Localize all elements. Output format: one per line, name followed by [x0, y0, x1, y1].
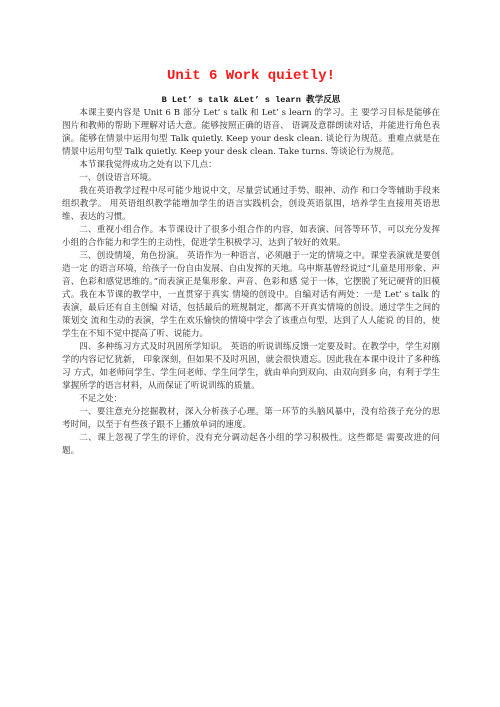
paragraph-point-2: 二、重视小组合作。本节课设计了很多小组合作的内容，如表演、问答等环节，可以充分发… — [62, 224, 440, 250]
paragraph-successes-heading: 本节课我觉得成功之处有以下几点： — [62, 159, 440, 172]
document-title: Unit 6 Work quietly! — [62, 66, 440, 86]
paragraph-shortcomings-heading: 不足之处： — [62, 393, 440, 406]
paragraph-point-1-body: 我在英语教学过程中尽可能少地说中文，尽量尝试通过手势、眼神、动作 和口令等辅助手… — [62, 185, 440, 224]
paragraph-point-3: 三、创设情境，角色扮演。 英语作为一种语言，必须融于一定的情境之中。课堂表演就是… — [62, 250, 440, 341]
paragraph-intro: 本课主要内容是 Unit 6 B 部分 Let’ s talk 和 Let’ s… — [62, 107, 440, 159]
paragraph-point-4: 四、多种练习方式及时巩固所学知识。 英语的听说训练反馈一定要及时。在教学中，学生… — [62, 341, 440, 393]
paragraph-shortcoming-2: 二、课上忽视了学生的评价，没有充分调动起各小组的学习积极性。这些都是 需要改进的… — [62, 432, 440, 458]
paragraph-point-1-heading: 一、创设语言环境。 — [62, 172, 440, 185]
document-page: Unit 6 Work quietly! B Let’ s talk &Let’… — [62, 66, 440, 458]
paragraph-shortcoming-1: 一、要注意充分挖掘教材，深入分析孩子心理。第一环节的头脑风暴中，没有给孩子充分的… — [62, 406, 440, 432]
document-subtitle: B Let’ s talk &Let’ s learn 教学反思 — [62, 94, 440, 106]
